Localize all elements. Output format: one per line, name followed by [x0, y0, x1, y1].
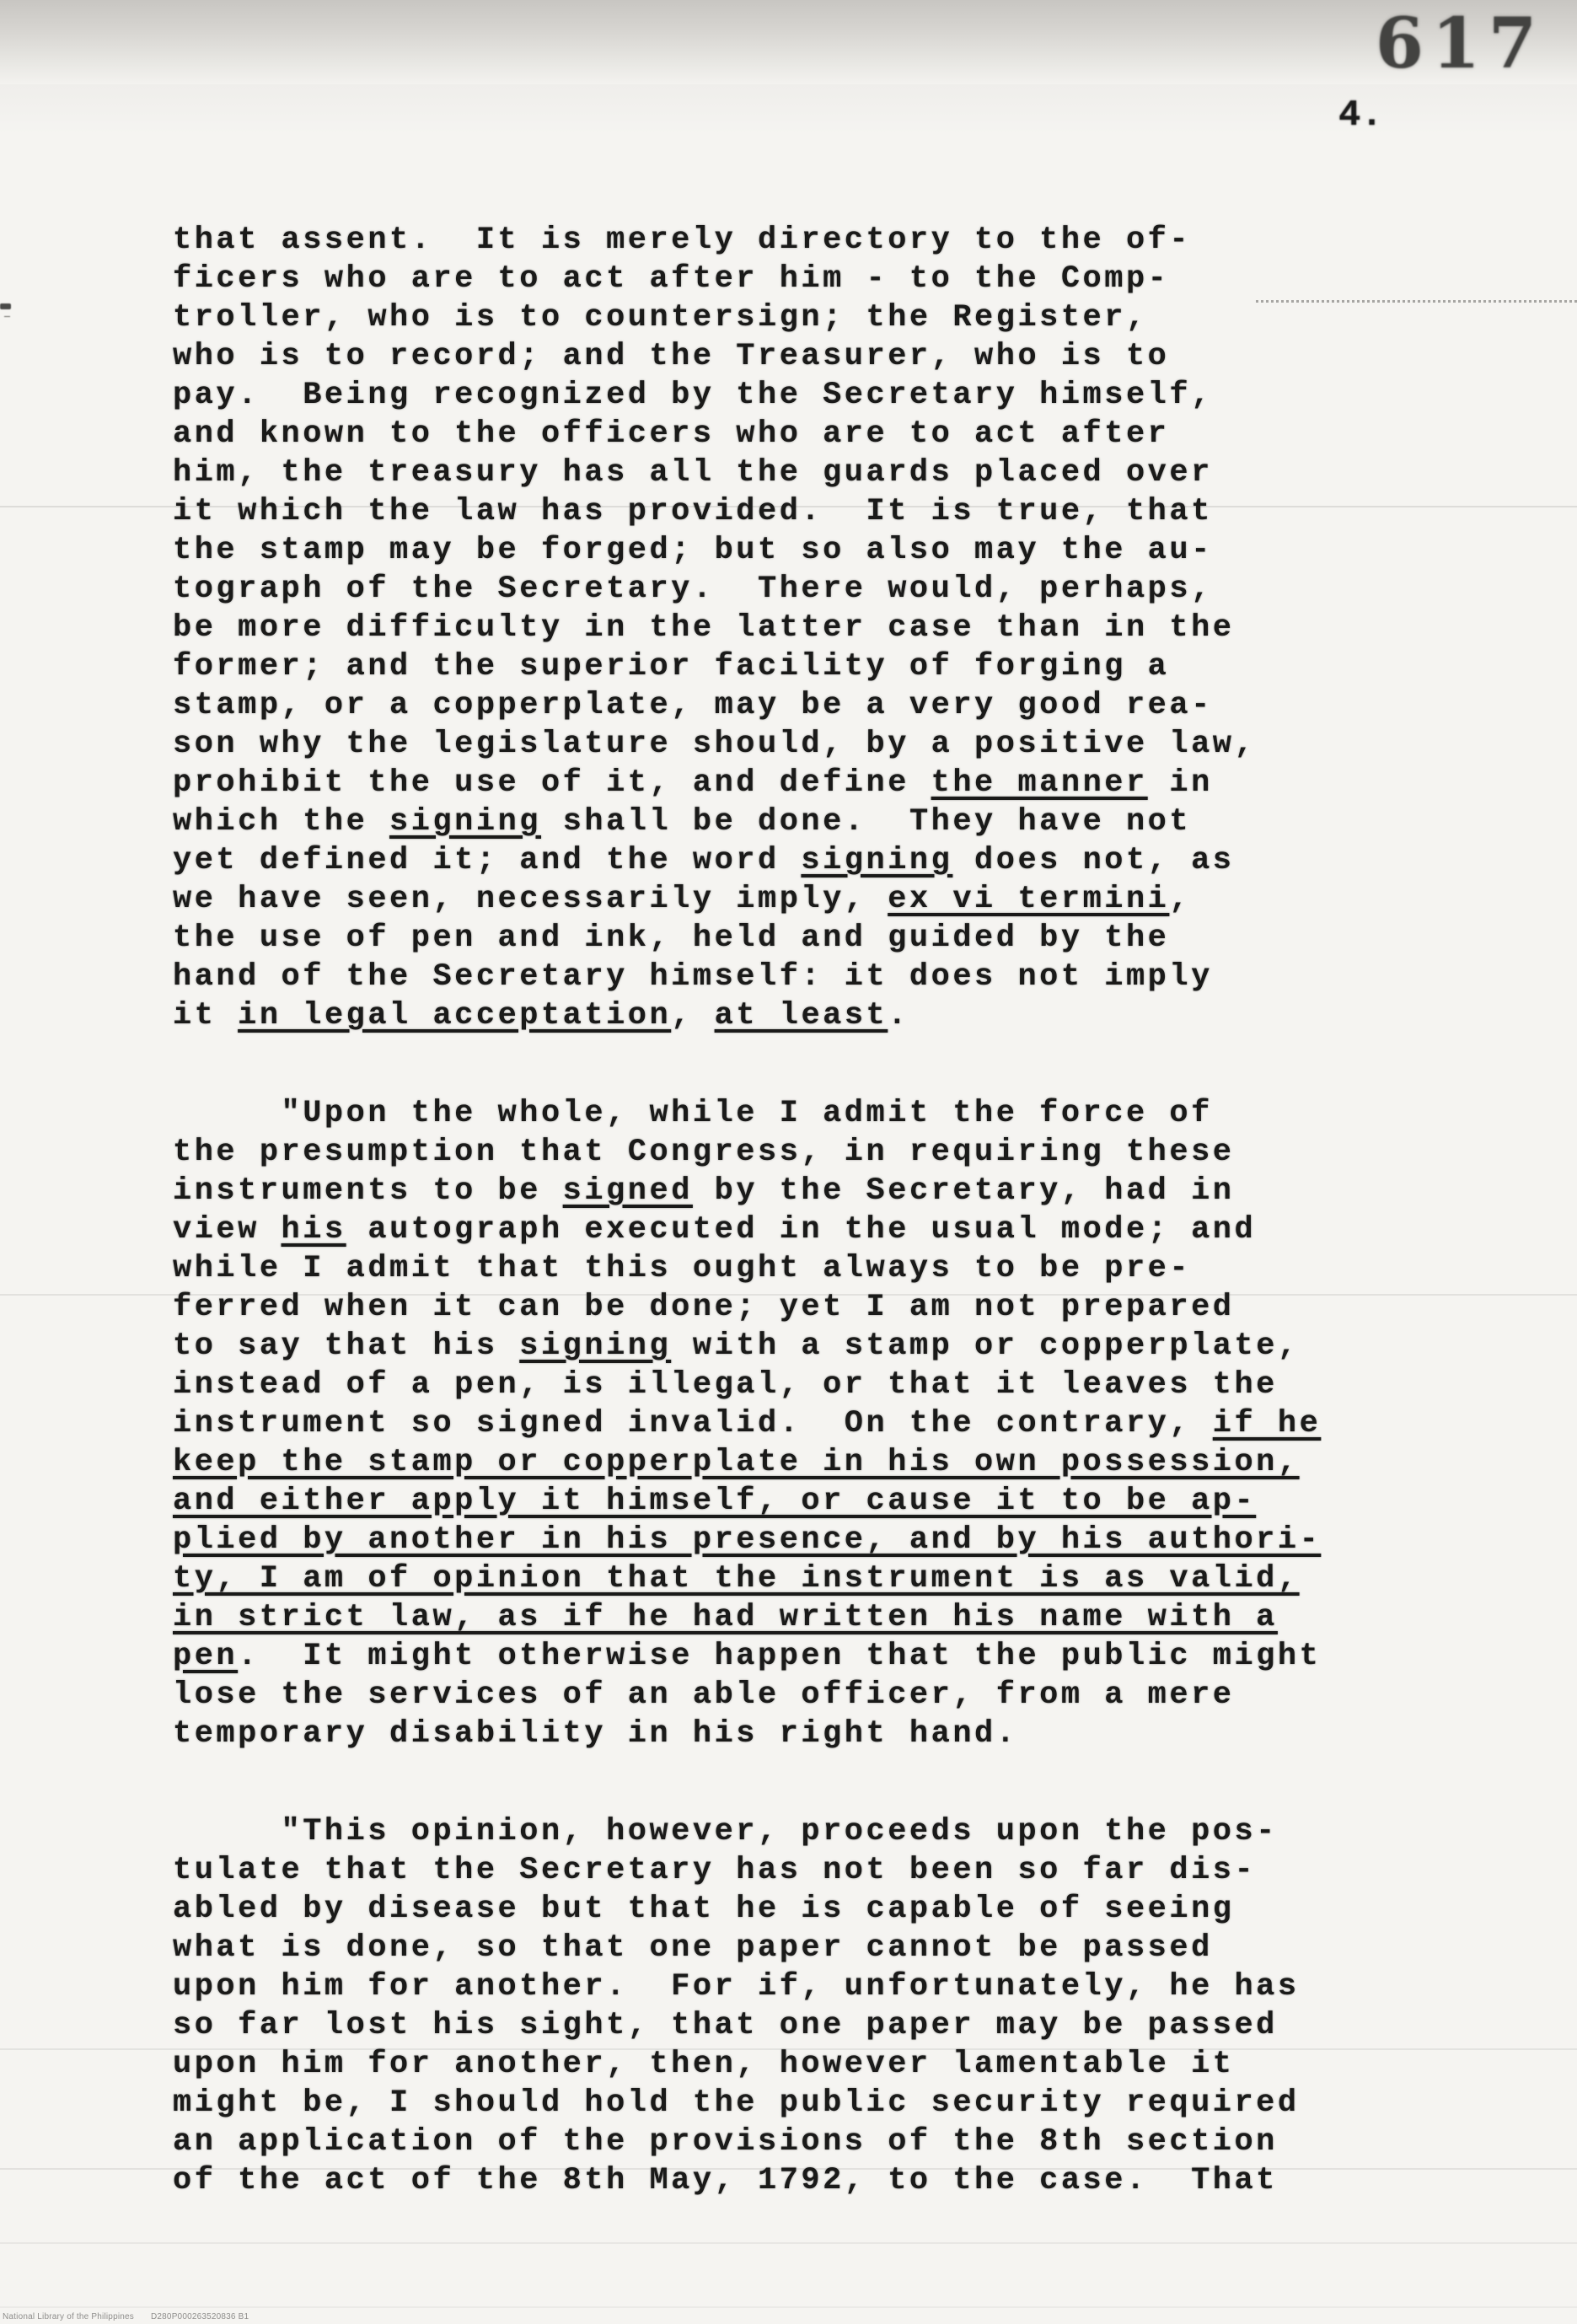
text-line: in strict law, as if he had written his … [173, 1598, 1454, 1637]
underlined-text: in strict law, as if he had written his … [173, 1600, 1278, 1635]
text-segment: "Upon the whole, while I admit the force… [173, 1096, 1213, 1131]
text-line: the use of pen and ink, held and guided … [173, 919, 1454, 958]
text-segment: yet defined it; and the word [173, 843, 801, 878]
footer-library-label: National Library of the Philippines [3, 2312, 134, 2321]
text-segment: which the [173, 804, 389, 840]
scan-top-band [0, 0, 1577, 84]
text-line: yet defined it; and the word signing doe… [173, 841, 1454, 880]
footer-code-label: D280P000263520836 B1 [151, 2312, 249, 2321]
text-line: son why the legislature should, by a pos… [173, 725, 1454, 764]
text-line: "This opinion, however, proceeds upon th… [173, 1812, 1454, 1851]
stamped-page-number: 617 [1376, 3, 1545, 84]
text-line: upon him for another, then, however lame… [173, 2045, 1454, 2084]
underlined-text: in legal acceptation [238, 998, 671, 1033]
text-segment: troller, who is to countersign; the Regi… [173, 300, 1148, 335]
text-segment: prohibit the use of it, and define [173, 765, 931, 801]
text-segment: instrument so signed invalid. On the con… [173, 1406, 1213, 1441]
text-line: it in legal acceptation, at least. [173, 996, 1454, 1035]
paragraph: "Upon the whole, while I admit the force… [173, 1094, 1454, 1753]
text-segment: autograph executed in the usual mode; an… [346, 1212, 1257, 1248]
text-line: him, the treasury has all the guards pla… [173, 454, 1454, 492]
text-line: the presumption that Congress, in requir… [173, 1133, 1454, 1172]
text-segment: shall be done. They have not [541, 804, 1191, 840]
text-segment: ficers who are to act after him - to the… [173, 261, 1169, 297]
text-line: to say that his signing with a stamp or … [173, 1327, 1454, 1366]
text-line: former; and the superior facility of for… [173, 647, 1454, 686]
text-line: temporary disability in his right hand. [173, 1715, 1454, 1753]
text-line: lose the services of an able officer, fr… [173, 1676, 1454, 1715]
text-segment: to say that his [173, 1328, 519, 1364]
text-segment: stamp, or a copperplate, may be a very g… [173, 688, 1213, 723]
text-line: plied by another in his presence, and by… [173, 1521, 1454, 1559]
footer-watermark: National Library of the Philippines D280… [3, 2312, 249, 2321]
text-line: tulate that the Secretary has not been s… [173, 1851, 1454, 1890]
text-line: view his autograph executed in the usual… [173, 1210, 1454, 1249]
underlined-text: signing [519, 1328, 671, 1364]
text-segment: might be, I should hold the public secur… [173, 2085, 1300, 2121]
paragraph: "This opinion, however, proceeds upon th… [173, 1812, 1454, 2200]
text-line: and known to the officers who are to act… [173, 415, 1454, 454]
text-segment: it [173, 998, 238, 1033]
text-segment: upon him for another. For if, unfortunat… [173, 1969, 1300, 2005]
margin-mark [0, 303, 11, 309]
text-segment: , [671, 998, 714, 1033]
text-line: pay. Being recognized by the Secretary h… [173, 376, 1454, 415]
text-line: instruments to be signed by the Secretar… [173, 1172, 1454, 1210]
text-segment: former; and the superior facility of for… [173, 649, 1169, 684]
text-line: stamp, or a copperplate, may be a very g… [173, 686, 1454, 725]
text-line: it which the law has provided. It is tru… [173, 492, 1454, 531]
text-line: of the act of the 8th May, 1792, to the … [173, 2161, 1454, 2200]
text-segment: that assent. It is merely directory to t… [173, 223, 1191, 258]
text-segment: instead of a pen, is illegal, or that it… [173, 1367, 1278, 1403]
text-line: ficers who are to act after him - to the… [173, 260, 1454, 298]
text-segment: view [173, 1212, 282, 1248]
underlined-text: the manner [931, 765, 1148, 801]
text-segment: instruments to be [173, 1173, 563, 1209]
text-line: ty, I am of opinion that the instrument … [173, 1559, 1454, 1598]
text-segment: him, the treasury has all the guards pla… [173, 455, 1213, 491]
text-line: troller, who is to countersign; the Regi… [173, 298, 1454, 337]
text-line: upon him for another. For if, unfortunat… [173, 1967, 1454, 2006]
text-segment: . [888, 998, 909, 1033]
text-segment: in [1148, 765, 1213, 801]
text-segment: lose the services of an able officer, fr… [173, 1677, 1234, 1713]
text-segment: does not, as [952, 843, 1234, 878]
underlined-text: and either apply it himself, or cause it… [173, 1484, 1256, 1519]
text-line: the stamp may be forged; but so also may… [173, 531, 1454, 570]
text-segment: ferred when it can be done; yet I am not… [173, 1290, 1234, 1325]
text-segment: and known to the officers who are to act… [173, 416, 1169, 452]
scanned-page: 617 4. that assent. It is merely directo… [0, 0, 1577, 2324]
text-line: "Upon the whole, while I admit the force… [173, 1094, 1454, 1133]
text-line: which the signing shall be done. They ha… [173, 802, 1454, 841]
scan-line [0, 2306, 1577, 2308]
text-segment: son why the legislature should, by a pos… [173, 727, 1256, 762]
text-segment: by the Secretary, had in [693, 1173, 1235, 1209]
text-segment: tulate that the Secretary has not been s… [173, 1853, 1256, 1888]
typed-page-number: 4. [1338, 94, 1383, 137]
text-line: instead of a pen, is illegal, or that it… [173, 1366, 1454, 1404]
text-segment: tograph of the Secretary. There would, p… [173, 572, 1213, 607]
underlined-text: signed [563, 1173, 693, 1209]
text-segment: pay. Being recognized by the Secretary h… [173, 378, 1213, 413]
text-segment: of the act of the 8th May, 1792, to the … [173, 2163, 1278, 2198]
text-line: be more difficulty in the latter case th… [173, 609, 1454, 647]
text-segment: be more difficulty in the latter case th… [173, 610, 1234, 646]
text-line: might be, I should hold the public secur… [173, 2084, 1454, 2123]
underlined-text: ex vi termini [888, 882, 1169, 917]
underlined-text: plied by another in his presence, and by… [173, 1522, 1321, 1558]
text-segment: , [1169, 882, 1191, 917]
document-body: that assent. It is merely directory to t… [173, 221, 1454, 2259]
text-segment: upon him for another, then, however lame… [173, 2047, 1234, 2082]
text-segment: hand of the Secretary himself: it does n… [173, 959, 1213, 995]
text-segment: it which the law has provided. It is tru… [173, 494, 1213, 529]
text-segment: what is done, so that one paper cannot b… [173, 1930, 1213, 1966]
text-line: who is to record; and the Treasurer, who… [173, 337, 1454, 376]
text-line: while I admit that this ought always to … [173, 1249, 1454, 1288]
text-segment: so far lost his sight, that one paper ma… [173, 2008, 1278, 2043]
text-line: so far lost his sight, that one paper ma… [173, 2006, 1454, 2045]
text-line: ferred when it can be done; yet I am not… [173, 1288, 1454, 1327]
text-line: we have seen, necessarily imply, ex vi t… [173, 880, 1454, 919]
text-segment: the use of pen and ink, held and guided … [173, 920, 1169, 956]
text-line: an application of the provisions of the … [173, 2123, 1454, 2161]
text-line: pen. It might otherwise happen that the … [173, 1637, 1454, 1676]
text-segment: the stamp may be forged; but so also may… [173, 533, 1213, 568]
underlined-text: keep the stamp or copperplate in his own… [173, 1445, 1300, 1480]
underlined-text: signing [389, 804, 541, 840]
text-segment: who is to record; and the Treasurer, who… [173, 339, 1169, 374]
paragraph: that assent. It is merely directory to t… [173, 221, 1454, 1035]
text-line: abled by disease but that he is capable … [173, 1890, 1454, 1929]
text-segment: "This opinion, however, proceeds upon th… [173, 1814, 1278, 1849]
text-line: what is done, so that one paper cannot b… [173, 1929, 1454, 1967]
text-line: that assent. It is merely directory to t… [173, 221, 1454, 260]
text-segment: temporary disability in his right hand. [173, 1716, 1017, 1752]
text-line: and either apply it himself, or cause it… [173, 1482, 1454, 1521]
text-line: keep the stamp or copperplate in his own… [173, 1443, 1454, 1482]
underlined-text: his [282, 1212, 346, 1248]
text-segment: with a stamp or copperplate, [671, 1328, 1299, 1364]
text-line: instrument so signed invalid. On the con… [173, 1404, 1454, 1443]
underlined-text: pen [173, 1639, 238, 1674]
text-line: hand of the Secretary himself: it does n… [173, 958, 1454, 996]
text-segment: . It might otherwise happen that the pub… [238, 1639, 1321, 1674]
underlined-text: if he [1213, 1406, 1322, 1441]
text-segment: abled by disease but that he is capable … [173, 1892, 1234, 1927]
text-segment: an application of the provisions of the … [173, 2124, 1278, 2160]
text-segment: we have seen, necessarily imply, [173, 882, 888, 917]
underlined-text: ty, I am of opinion that the instrument … [173, 1561, 1300, 1597]
text-segment: while I admit that this ought always to … [173, 1251, 1191, 1286]
underlined-text: signing [801, 843, 952, 878]
text-line: tograph of the Secretary. There would, p… [173, 570, 1454, 609]
underlined-text: at least [715, 998, 888, 1033]
text-line: prohibit the use of it, and define the m… [173, 764, 1454, 802]
text-segment: the presumption that Congress, in requir… [173, 1135, 1234, 1170]
